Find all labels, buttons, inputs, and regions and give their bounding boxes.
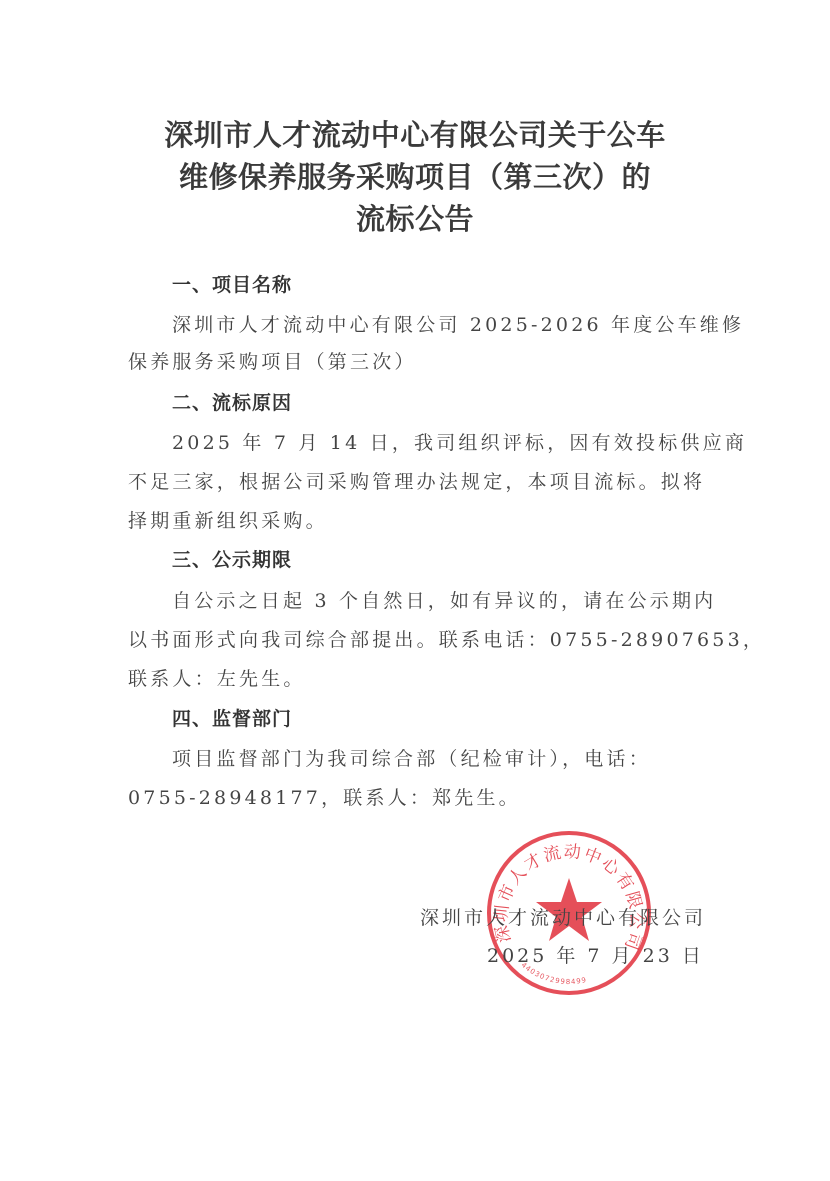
section-heading-project-name: 一、项目名称 [172, 270, 292, 297]
section-heading-failure-reason: 二、流标原因 [172, 388, 292, 415]
document-title: 深圳市人才流动中心有限公司关于公车 维修保养服务采购项目（第三次）的 流标公告 [100, 114, 730, 240]
section-heading-publicity-period: 三、公示期限 [172, 545, 292, 572]
title-line-2: 维修保养服务采购项目（第三次）的 [100, 156, 730, 198]
section-2-line-1: 2025 年 7 月 14 日，我司组织评标，因有效投标供应商 [172, 428, 747, 455]
signature-organization: 深圳市人才流动中心有限公司 [420, 903, 706, 930]
signature-date: 2025 年 7 月 23 日 [487, 941, 704, 968]
section-1-line-1: 深圳市人才流动中心有限公司 2025-2026 年度公车维修 [172, 310, 744, 337]
section-heading-supervision: 四、监督部门 [172, 704, 292, 731]
title-line-1: 深圳市人才流动中心有限公司关于公车 [100, 114, 730, 156]
section-3-line-1: 自公示之日起 3 个自然日，如有异议的，请在公示期内 [172, 586, 716, 613]
section-1-line-2: 保养服务采购项目（第三次） [128, 347, 417, 374]
section-2-line-3: 择期重新组织采购。 [128, 506, 328, 533]
section-4-line-1: 项目监督部门为我司综合部（纪检审计），电话： [172, 744, 651, 771]
section-3-line-2: 以书面形式向我司综合部提出。联系电话：0755-28907653， [128, 625, 765, 652]
announcement-page: 深圳市人才流动中心有限公司关于公车 维修保养服务采购项目（第三次）的 流标公告 … [0, 0, 830, 1181]
section-3-line-3: 联系人：左先生。 [128, 664, 306, 691]
section-4-line-2: 0755-28948177，联系人：郑先生。 [128, 783, 521, 810]
section-2-line-2: 不足三家，根据公司采购管理办法规定，本项目流标。拟将 [128, 467, 705, 494]
title-line-3: 流标公告 [100, 198, 730, 240]
